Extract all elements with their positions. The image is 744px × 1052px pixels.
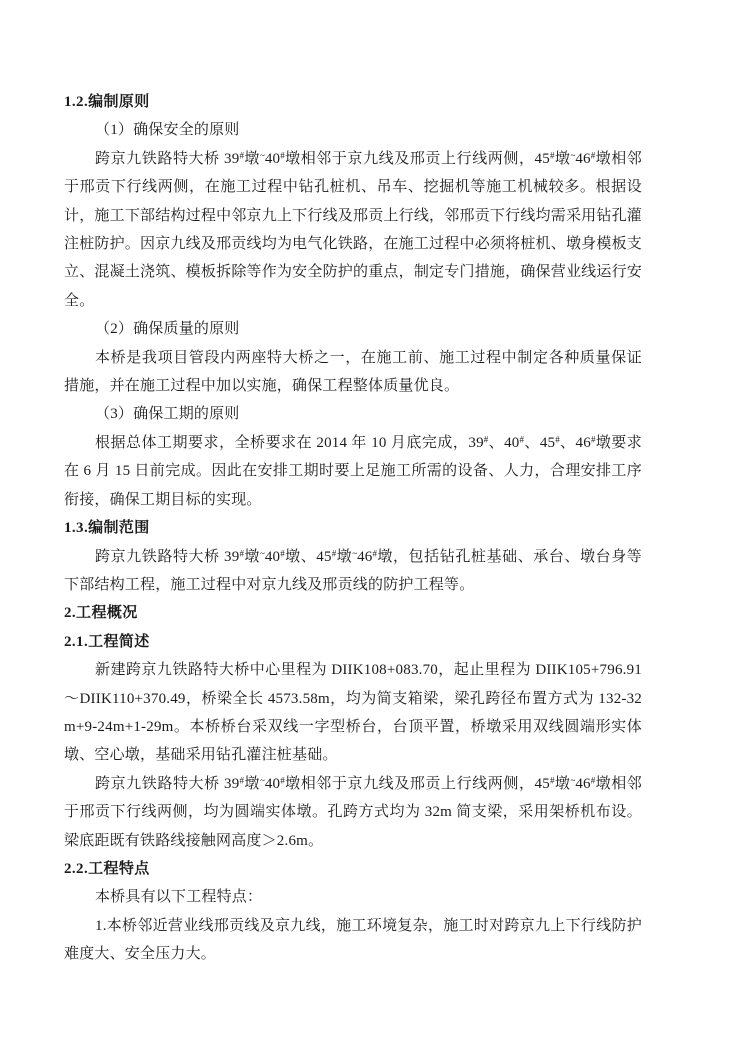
heading-project-overview: 2.工程概况 — [64, 599, 642, 627]
heading-project-features: 2.2.工程特点 — [64, 855, 642, 883]
subheading-safety-principle: （1）确保安全的原则 — [64, 116, 642, 144]
heading-compilation-scope: 1.3.编制范围 — [64, 514, 642, 542]
paragraph-features-intro: 本桥具有以下工程特点： — [64, 883, 642, 911]
subheading-schedule-principle: （3）确保工期的原则 — [64, 400, 642, 428]
document-content: 1.2.编制原则 （1）确保安全的原则 跨京九铁路特大桥 39#墩~40#墩相邻… — [64, 88, 642, 969]
subheading-quality-principle: （2）确保质量的原则 — [64, 315, 642, 343]
document-page: 1.2.编制原则 （1）确保安全的原则 跨京九铁路特大桥 39#墩~40#墩相邻… — [0, 0, 744, 1052]
paragraph-safety-detail: 跨京九铁路特大桥 39#墩~40#墩相邻于京九线及邢贡上行线两侧，45#墩~46… — [64, 145, 642, 315]
paragraph-feature-1: 1.本桥邻近营业线邢贡线及京九线，施工环境复杂，施工时对跨京九上下行线防护难度大… — [64, 912, 642, 969]
heading-project-description: 2.1.工程简述 — [64, 628, 642, 656]
paragraph-quality-detail: 本桥是我项目管段内两座特大桥之一，在施工前、施工过程中制定各种质量保证措施，并在… — [64, 344, 642, 401]
paragraph-bridge-mileage: 新建跨京九铁路特大桥中心里程为 DIIK108+083.70，起止里程为 DII… — [64, 656, 642, 770]
heading-compilation-principles: 1.2.编制原则 — [64, 88, 642, 116]
paragraph-scope-detail: 跨京九铁路特大桥 39#墩~40#墩、45#墩~46#墩，包括钻孔桩基础、承台、… — [64, 543, 642, 600]
paragraph-pier-layout: 跨京九铁路特大桥 39#墩~40#墩相邻于京九线及邢贡上行线两侧，45#墩~46… — [64, 770, 642, 855]
paragraph-schedule-detail: 根据总体工期要求，全桥要求在 2014 年 10 月底完成，39#、40#、45… — [64, 429, 642, 514]
